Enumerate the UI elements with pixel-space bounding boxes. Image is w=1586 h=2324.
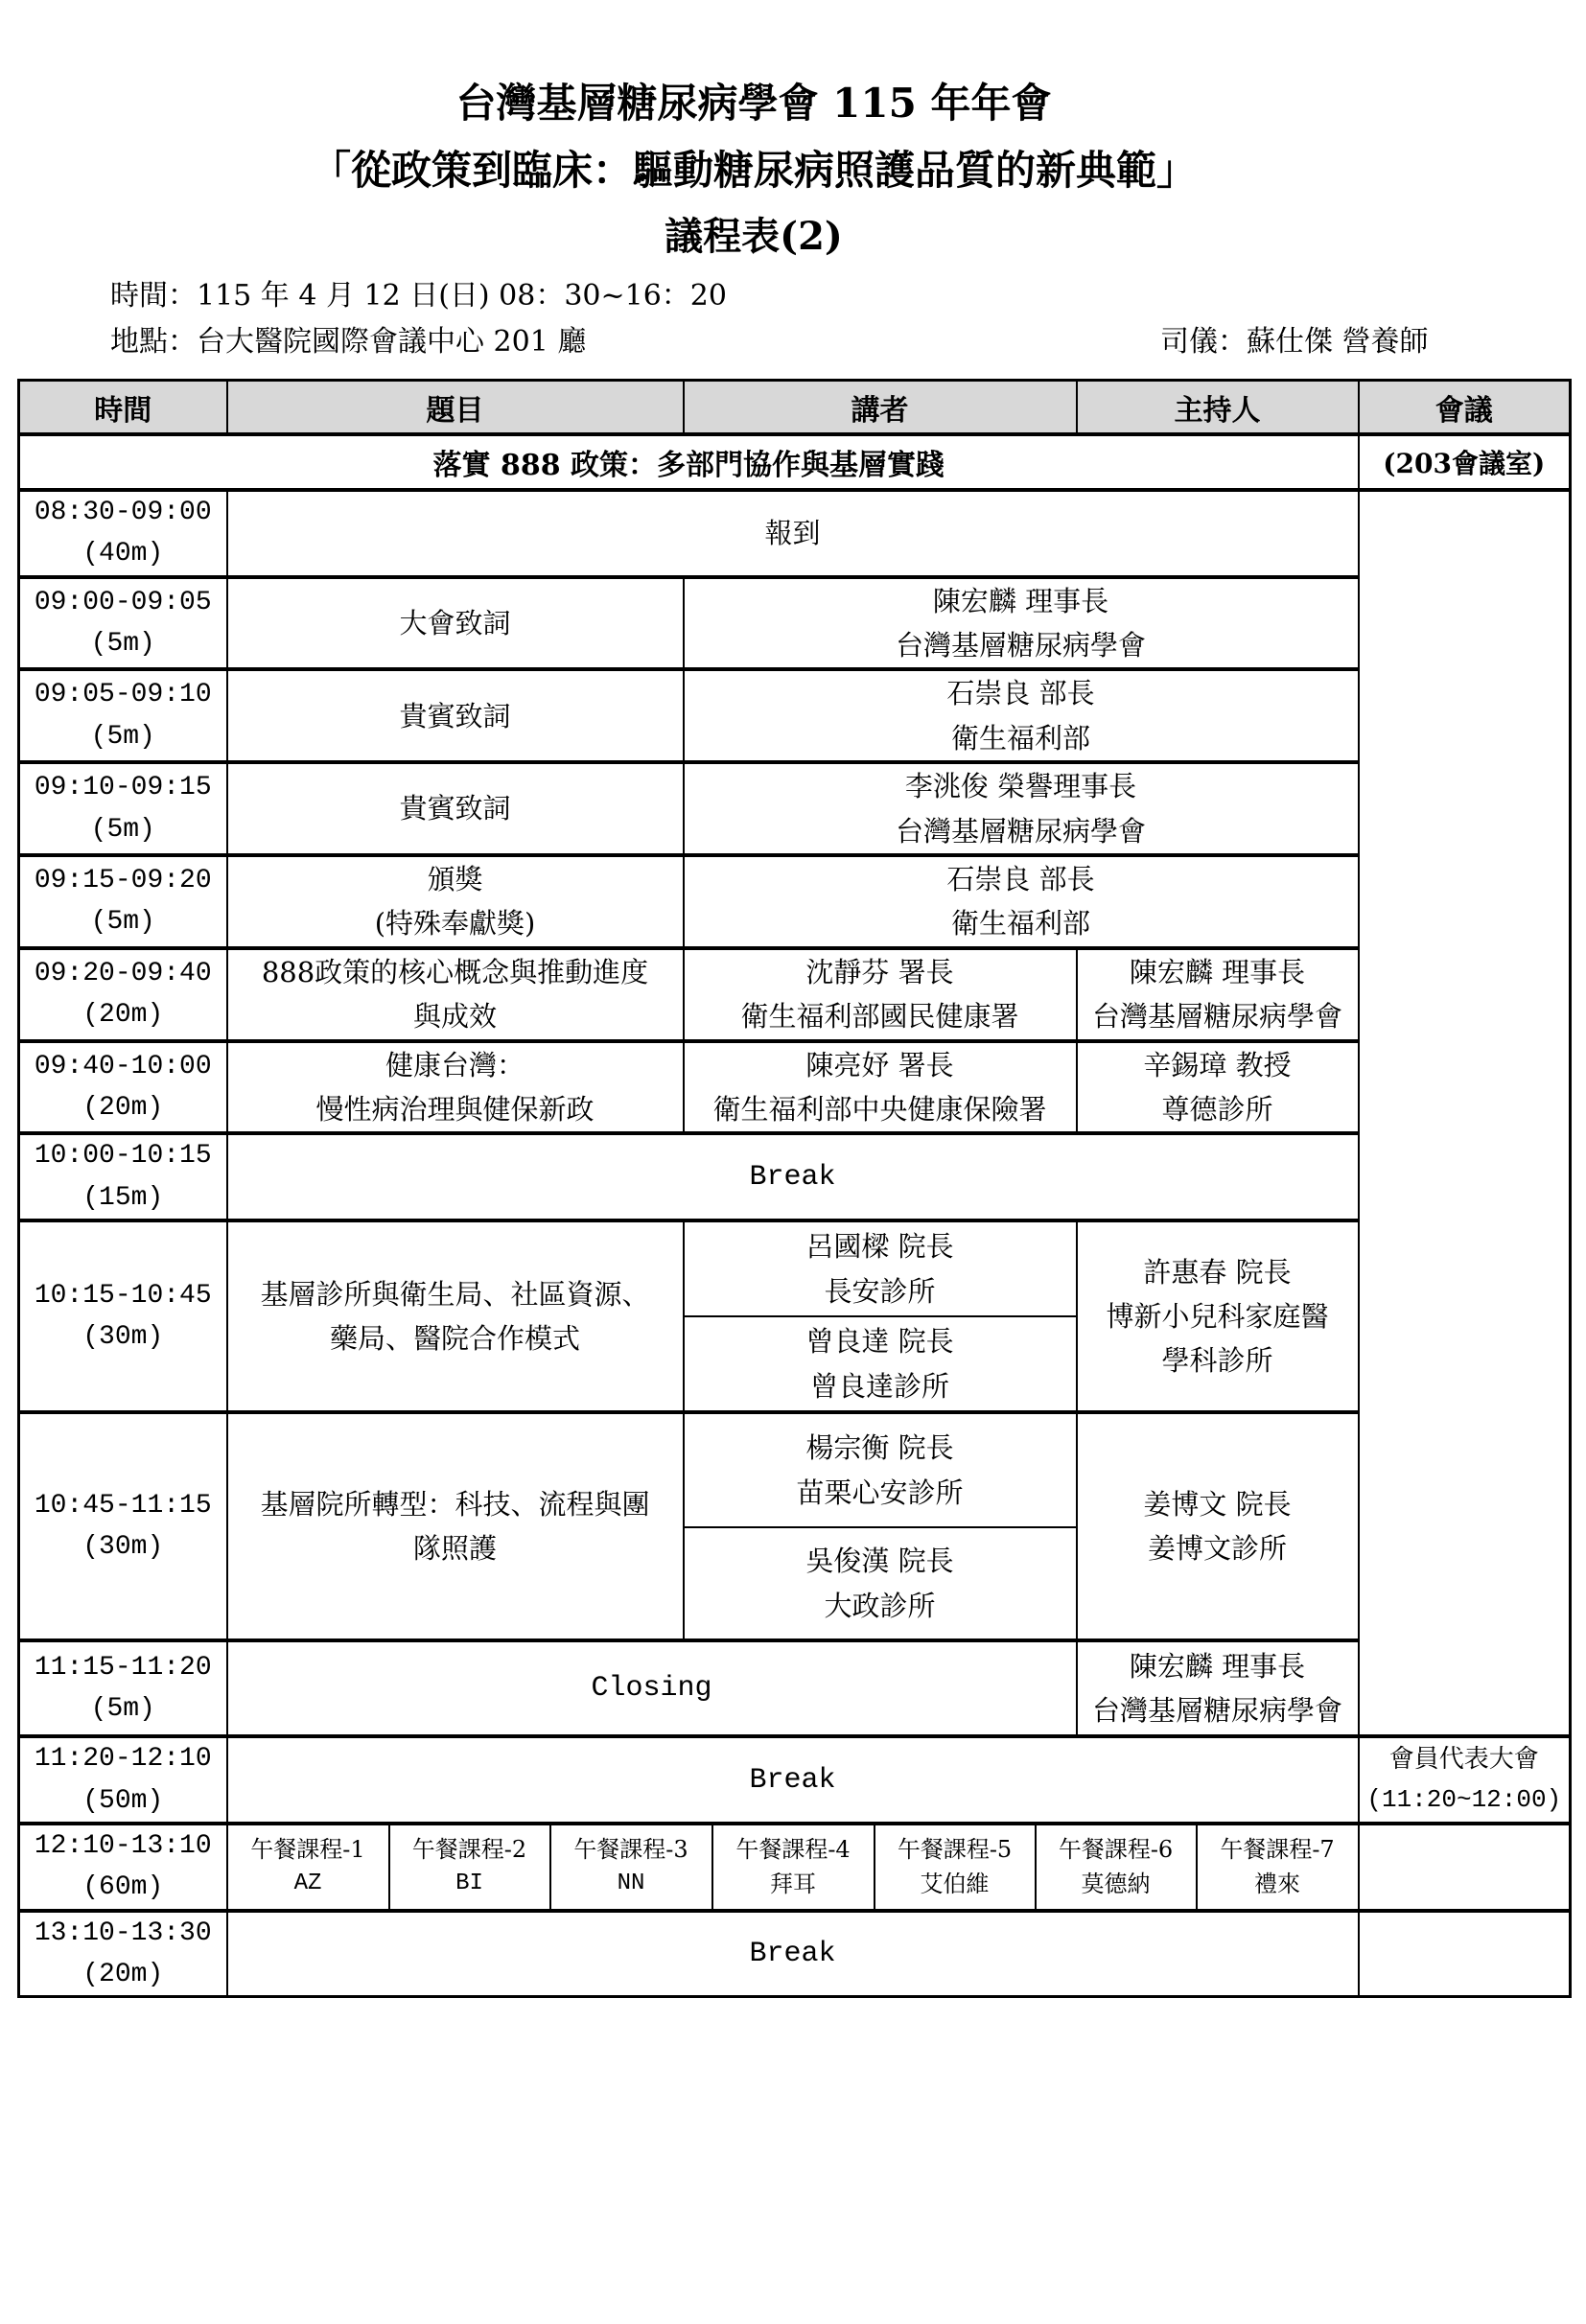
speaker-cell: 李洮俊 榮譽理事長 台灣基層糖尿病學會	[684, 762, 1359, 855]
moderator-affiliation: 尊德診所	[1078, 1087, 1358, 1131]
moderator-name: 陳宏麟 理事長	[1078, 1644, 1358, 1688]
topic-cell: 大會致詞	[227, 577, 684, 670]
speaker-cell: 吳俊漢 院長 大政診所	[684, 1527, 1077, 1640]
speaker-cell: 石崇良 部長 衛生福利部	[684, 669, 1359, 762]
col-header-session: 會議	[1359, 381, 1571, 434]
time-duration: (5m)	[20, 623, 226, 664]
table-header-row: 時間 題目 講者 主持人 會議	[19, 381, 1571, 434]
lunch-course-cell: 午餐課程-6 莫德納	[1036, 1824, 1197, 1911]
topic: 與成效	[228, 994, 683, 1038]
event-mc: 司儀：蘇仕傑 營養師	[1160, 319, 1429, 365]
session-column-merged-cell	[1359, 490, 1571, 1736]
speaker-name: 曾良達 院長	[685, 1319, 1076, 1363]
speaker-cell: 呂國樑 院長 長安診所	[684, 1220, 1077, 1316]
lunch-course-label: 午餐課程-4	[713, 1832, 874, 1867]
session-event-time: (11:20~12:00)	[1360, 1780, 1570, 1821]
speaker-affiliation: 台灣基層糖尿病學會	[685, 623, 1358, 667]
topic: 健康台灣：	[228, 1043, 683, 1087]
topic: 頒獎	[228, 857, 683, 901]
session-event: 會員代表大會	[1360, 1740, 1570, 1780]
speaker-name: 石崇良 部長	[685, 671, 1358, 715]
moderator-name: 姜博文 院長	[1078, 1482, 1358, 1526]
row-1045: 10:45-11:15 (30m) 基層院所轉型：科技、流程與團 隊照護 楊宗衡…	[19, 1412, 1571, 1527]
lunch-course-label: 午餐課程-7	[1198, 1832, 1358, 1867]
speaker-name: 呂國樑 院長	[685, 1224, 1076, 1268]
session-cell: 會員代表大會 (11:20~12:00)	[1359, 1736, 1571, 1824]
time-cell: 12:10-13:10 (60m)	[19, 1824, 227, 1911]
topic: 隊照護	[228, 1526, 683, 1570]
row-1015: 10:15-10:45 (30m) 基層診所與衛生局、社區資源、 藥局、醫院合作…	[19, 1220, 1571, 1316]
row-1210: 12:10-13:10 (60m) 午餐課程-1 AZ 午餐課程-2 BI 午餐…	[19, 1824, 1571, 1911]
time-duration: (20m)	[20, 1087, 226, 1128]
break-label: Break	[228, 1931, 1358, 1977]
moderator-cell: 陳宏麟 理事長 台灣基層糖尿病學會	[1077, 948, 1359, 1041]
document-title: 台灣基層糖尿病學會 115 年年會	[0, 81, 1507, 126]
speaker-name: 吳俊漢 院長	[685, 1539, 1076, 1583]
speaker-name: 楊宗衡 院長	[685, 1426, 1076, 1470]
time-range: 09:40-10:00	[20, 1046, 226, 1087]
event-location: 地點：台大醫院國際會議中心 201 廳	[110, 325, 586, 359]
lunch-course-label: 午餐課程-3	[551, 1832, 711, 1867]
lunch-course-vendor: 莫德納	[1037, 1867, 1196, 1901]
closing-label: Closing	[228, 1665, 1076, 1711]
time-duration: (30m)	[20, 1526, 226, 1568]
time-cell: 13:10-13:30 (20m)	[19, 1911, 227, 1997]
lunch-course-vendor: 禮來	[1198, 1867, 1358, 1901]
time-duration: (5m)	[20, 809, 226, 850]
speaker-affiliation: 衛生福利部國民健康署	[685, 994, 1076, 1038]
row-1120: 11:20-12:10 (50m) Break 會員代表大會 (11:20~12…	[19, 1736, 1571, 1824]
time-duration: (5m)	[20, 901, 226, 942]
moderator-affiliation: 台灣基層糖尿病學會	[1078, 994, 1358, 1038]
col-header-time: 時間	[19, 381, 227, 434]
time-duration: (40m)	[20, 533, 226, 574]
session-title-cell: 落實 888 政策：多部門協作與基層實踐	[19, 434, 1359, 490]
lunch-course-cell: 午餐課程-5 艾伯維	[875, 1824, 1036, 1911]
content-cell: Break	[227, 1911, 1359, 1997]
row-0910: 09:10-09:15 (5m) 貴賓致詞 李洮俊 榮譽理事長 台灣基層糖尿病學…	[19, 762, 1571, 855]
break-label: Break	[228, 1757, 1358, 1803]
moderator-name: 許惠春 院長	[1078, 1250, 1358, 1294]
topic-cell: 貴賓致詞	[227, 762, 684, 855]
activity-label: 報到	[228, 511, 1358, 555]
time-range: 10:00-10:15	[20, 1135, 226, 1176]
lunch-course-cell: 午餐課程-2 BI	[389, 1824, 550, 1911]
lunch-course-cell: 午餐課程-3 NN	[550, 1824, 712, 1911]
session-room: (203會議室)	[1360, 443, 1570, 481]
time-cell: 09:10-09:15 (5m)	[19, 762, 227, 855]
time-cell: 09:40-10:00 (20m)	[19, 1041, 227, 1134]
time-cell: 11:15-11:20 (5m)	[19, 1640, 227, 1736]
time-cell: 09:05-09:10 (5m)	[19, 669, 227, 762]
time-duration: (20m)	[20, 1954, 226, 1995]
moderator-affiliation: 博新小兒科家庭醫	[1078, 1294, 1358, 1338]
content-cell: Closing	[227, 1640, 1077, 1736]
document-subtitle: 「從政策到臨床：驅動糖尿病照護品質的新典範」	[0, 149, 1507, 193]
speaker-affiliation: 衛生福利部	[685, 716, 1358, 760]
speaker-cell: 沈靜芬 署長 衛生福利部國民健康署	[684, 948, 1077, 1041]
topic: 慢性病治理與健保新政	[228, 1087, 683, 1131]
moderator-affiliation: 學科診所	[1078, 1338, 1358, 1383]
time-range: 13:10-13:30	[20, 1913, 226, 1954]
sheet-title: 議程表(2)	[0, 216, 1507, 258]
moderator-cell: 陳宏麟 理事長 台灣基層糖尿病學會	[1077, 1640, 1359, 1736]
speaker-name: 沈靜芬 署長	[685, 950, 1076, 994]
lunch-course-cell: 午餐課程-4 拜耳	[712, 1824, 875, 1911]
time-duration: (50m)	[20, 1780, 226, 1822]
topic-note: (特殊奉獻獎)	[228, 901, 683, 945]
time-cell: 11:20-12:10 (50m)	[19, 1736, 227, 1824]
lunch-course-vendor: BI	[390, 1867, 549, 1901]
speaker-cell: 陳亮妤 署長 衛生福利部中央健康保險署	[684, 1041, 1077, 1134]
speaker-cell: 石崇良 部長 衛生福利部	[684, 855, 1359, 948]
moderator-affiliation: 台灣基層糖尿病學會	[1078, 1688, 1358, 1732]
speaker-affiliation: 衛生福利部	[685, 901, 1358, 945]
moderator-cell: 姜博文 院長 姜博文診所	[1077, 1412, 1359, 1640]
moderator-name: 辛錫璋 教授	[1078, 1043, 1358, 1087]
time-cell: 08:30-09:00 (40m)	[19, 490, 227, 577]
lunch-course-vendor: AZ	[228, 1867, 388, 1901]
time-duration: (30m)	[20, 1316, 226, 1358]
row-0900: 09:00-09:05 (5m) 大會致詞 陳宏麟 理事長 台灣基層糖尿病學會	[19, 577, 1571, 670]
row-0905: 09:05-09:10 (5m) 貴賓致詞 石崇良 部長 衛生福利部	[19, 669, 1571, 762]
moderator-cell: 辛錫璋 教授 尊德診所	[1077, 1041, 1359, 1134]
time-duration: (15m)	[20, 1177, 226, 1219]
event-info: 時間：115 年 4 月 12 日(日) 08：30~16：20 地點：台大醫院…	[110, 273, 1586, 365]
time-cell: 09:20-09:40 (20m)	[19, 948, 227, 1041]
moderator-name: 陳宏麟 理事長	[1078, 950, 1358, 994]
row-0940: 09:40-10:00 (20m) 健康台灣： 慢性病治理與健保新政 陳亮妤 署…	[19, 1041, 1571, 1134]
content-cell: Break	[227, 1133, 1359, 1220]
time-range: 09:15-09:20	[20, 860, 226, 901]
row-0830: 08:30-09:00 (40m) 報到	[19, 490, 1571, 577]
topic: 888政策的核心概念與推動進度	[228, 950, 683, 994]
lunch-course-label: 午餐課程-6	[1037, 1832, 1196, 1867]
topic: 大會致詞	[228, 601, 683, 645]
event-location-row: 地點：台大醫院國際會議中心 201 廳 司儀：蘇仕傑 營養師	[110, 319, 1586, 365]
lunch-course-label: 午餐課程-2	[390, 1832, 549, 1867]
time-duration: (60m)	[20, 1867, 226, 1908]
topic-cell: 基層診所與衛生局、社區資源、 藥局、醫院合作模式	[227, 1220, 684, 1412]
topic-cell: 健康台灣： 慢性病治理與健保新政	[227, 1041, 684, 1134]
lunch-course-cell: 午餐課程-7 禮來	[1197, 1824, 1359, 1911]
document-header: 台灣基層糖尿病學會 115 年年會 「從政策到臨床：驅動糖尿病照護品質的新典範」…	[0, 81, 1507, 258]
session-cell-empty	[1359, 1824, 1571, 1911]
speaker-name: 陳宏麟 理事長	[685, 579, 1358, 623]
lunch-course-cell: 午餐課程-1 AZ	[227, 1824, 389, 1911]
topic: 基層院所轉型：科技、流程與團	[228, 1482, 683, 1526]
speaker-cell: 曾良達 院長 曾良達診所	[684, 1316, 1077, 1412]
topic: 基層診所與衛生局、社區資源、	[228, 1272, 683, 1316]
col-header-topic: 題目	[227, 381, 684, 434]
lunch-course-vendor: 拜耳	[713, 1867, 874, 1901]
speaker-name: 陳亮妤 署長	[685, 1043, 1076, 1087]
topic: 藥局、醫院合作模式	[228, 1316, 683, 1360]
time-range: 09:05-09:10	[20, 674, 226, 715]
time-cell: 09:00-09:05 (5m)	[19, 577, 227, 670]
topic: 貴賓致詞	[228, 786, 683, 830]
time-range: 10:45-11:15	[20, 1485, 226, 1526]
col-header-moderator: 主持人	[1077, 381, 1359, 434]
time-cell: 10:15-10:45 (30m)	[19, 1220, 227, 1412]
time-range: 11:15-11:20	[20, 1647, 226, 1688]
time-range: 12:10-13:10	[20, 1825, 226, 1867]
speaker-affiliation: 曾良達診所	[685, 1364, 1076, 1408]
session-title: 落實 888 政策：多部門協作與基層實踐	[20, 441, 1358, 483]
speaker-affiliation: 衛生福利部中央健康保險署	[685, 1087, 1076, 1131]
row-1115: 11:15-11:20 (5m) Closing 陳宏麟 理事長 台灣基層糖尿病…	[19, 1640, 1571, 1736]
lunch-course-label: 午餐課程-1	[228, 1832, 388, 1867]
col-header-speaker: 講者	[684, 381, 1077, 434]
speaker-affiliation: 台灣基層糖尿病學會	[685, 809, 1358, 853]
session-title-row: 落實 888 政策：多部門協作與基層實踐 (203會議室)	[19, 434, 1571, 490]
event-time: 時間：115 年 4 月 12 日(日) 08：30~16：20	[110, 273, 1586, 319]
time-cell: 09:15-09:20 (5m)	[19, 855, 227, 948]
row-1000: 10:00-10:15 (15m) Break	[19, 1133, 1571, 1220]
topic-cell: 888政策的核心概念與推動進度 與成效	[227, 948, 684, 1041]
time-range: 09:00-09:05	[20, 582, 226, 623]
content-cell: 報到	[227, 490, 1359, 577]
agenda-table: 時間 題目 講者 主持人 會議 落實 888 政策：多部門協作與基層實踐 (20…	[17, 379, 1572, 1998]
row-1310: 13:10-13:30 (20m) Break	[19, 1911, 1571, 1997]
time-range: 08:30-09:00	[20, 492, 226, 533]
session-room-cell: (203會議室)	[1359, 434, 1571, 490]
speaker-affiliation: 苗栗心安診所	[685, 1471, 1076, 1515]
lunch-course-vendor: 艾伯維	[875, 1867, 1035, 1901]
speaker-name: 石崇良 部長	[685, 857, 1358, 901]
topic-cell: 基層院所轉型：科技、流程與團 隊照護	[227, 1412, 684, 1640]
topic-cell: 貴賓致詞	[227, 669, 684, 762]
lunch-course-vendor: NN	[551, 1867, 711, 1901]
row-0920: 09:20-09:40 (20m) 888政策的核心概念與推動進度 與成效 沈靜…	[19, 948, 1571, 1041]
time-range: 09:20-09:40	[20, 953, 226, 994]
time-duration: (5m)	[20, 1688, 226, 1730]
content-cell: Break	[227, 1736, 1359, 1824]
speaker-name: 李洮俊 榮譽理事長	[685, 764, 1358, 808]
speaker-cell: 楊宗衡 院長 苗栗心安診所	[684, 1412, 1077, 1527]
topic-cell: 頒獎 (特殊奉獻獎)	[227, 855, 684, 948]
speaker-affiliation: 大政診所	[685, 1584, 1076, 1628]
time-range: 09:10-09:15	[20, 767, 226, 808]
time-range: 11:20-12:10	[20, 1738, 226, 1779]
time-duration: (5m)	[20, 716, 226, 757]
time-duration: (20m)	[20, 994, 226, 1035]
time-cell: 10:45-11:15 (30m)	[19, 1412, 227, 1640]
time-range: 10:15-10:45	[20, 1275, 226, 1316]
speaker-cell: 陳宏麟 理事長 台灣基層糖尿病學會	[684, 577, 1359, 670]
row-0915: 09:15-09:20 (5m) 頒獎 (特殊奉獻獎) 石崇良 部長 衛生福利部	[19, 855, 1571, 948]
topic: 貴賓致詞	[228, 694, 683, 738]
moderator-affiliation: 姜博文診所	[1078, 1526, 1358, 1570]
session-cell-empty	[1359, 1911, 1571, 1997]
time-cell: 10:00-10:15 (15m)	[19, 1133, 227, 1220]
moderator-cell: 許惠春 院長 博新小兒科家庭醫 學科診所	[1077, 1220, 1359, 1412]
speaker-affiliation: 長安診所	[685, 1269, 1076, 1313]
lunch-course-label: 午餐課程-5	[875, 1832, 1035, 1867]
break-label: Break	[228, 1154, 1358, 1200]
